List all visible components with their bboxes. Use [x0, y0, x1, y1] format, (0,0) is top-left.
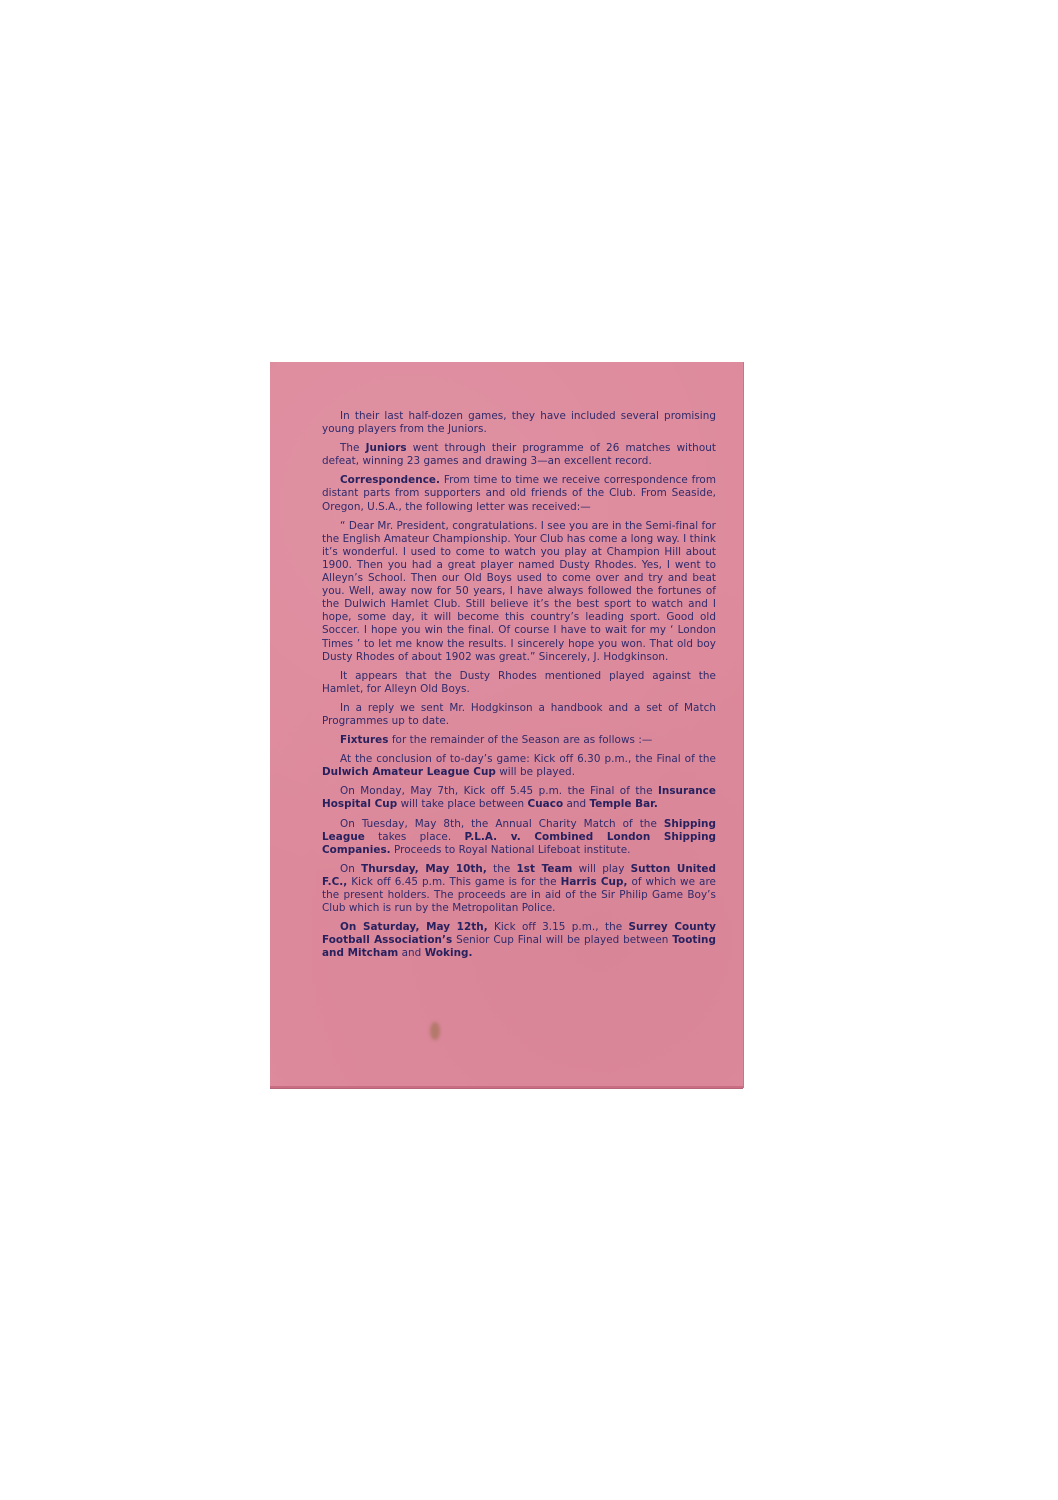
paragraph-reply: In a reply we sent Mr. Hodgkinson a hand… [322, 702, 716, 728]
bold-text: Harris Cup, [561, 876, 628, 888]
body-text: the [487, 863, 517, 875]
body-text: for the remainder of the Season are as f… [388, 734, 652, 746]
body-text: and [563, 798, 589, 810]
body-text: will be played. [496, 766, 575, 778]
body-text: Proceeds to Royal National Lifeboat inst… [391, 844, 631, 856]
body-text: In their last half-dozen games, they hav… [322, 410, 716, 435]
body-text: “ Dear Mr. President, congratulations. I… [322, 520, 716, 663]
bold-text: Juniors [366, 442, 407, 454]
paragraph-correspondence: Correspondence. From time to time we rec… [322, 474, 716, 513]
paragraph-fixture-may-10: On Thursday, May 10th, the 1st Team will… [322, 863, 716, 915]
bold-text: Correspondence. [340, 474, 440, 486]
bold-text: Cuaco [528, 798, 564, 810]
paragraph-letter: “ Dear Mr. President, congratulations. I… [322, 520, 716, 664]
programme-text: In their last half-dozen games, they hav… [322, 410, 716, 966]
body-text: It appears that the Dusty Rhodes mention… [322, 670, 716, 695]
body-text: On Monday, May 7th, Kick off 5.45 p.m. t… [340, 785, 658, 797]
body-text: Senior Cup Final will be played between [452, 934, 672, 946]
body-text: On Tuesday, May 8th, the Annual Charity … [340, 818, 664, 830]
paragraph-juniors: The Juniors went through their programme… [322, 442, 716, 468]
body-text: Kick off 6.45 p.m. This game is for the [347, 876, 560, 888]
body-text: and [398, 947, 424, 959]
bold-text: Temple Bar. [590, 798, 658, 810]
bold-text: Dulwich Amateur League Cup [322, 766, 496, 778]
body-text: On [340, 863, 361, 875]
body-text: The [340, 442, 366, 454]
body-text: At the conclusion of to-day’s game: Kick… [340, 753, 716, 765]
paragraph-fixtures-heading: Fixtures for the remainder of the Season… [322, 734, 716, 747]
paper-stain [430, 1022, 440, 1040]
paragraph-first-team-note: In their last half-dozen games, they hav… [322, 410, 716, 436]
paragraph-dusty-rhodes: It appears that the Dusty Rhodes mention… [322, 670, 716, 696]
bold-text: Woking. [425, 947, 473, 959]
paragraph-fixture-may-12: On Saturday, May 12th, Kick off 3.15 p.m… [322, 921, 716, 960]
bold-text: Thursday, May 10th, [361, 863, 487, 875]
paragraph-fixture-may-8: On Tuesday, May 8th, the Annual Charity … [322, 818, 716, 857]
body-text: will take place between [397, 798, 527, 810]
bold-text: 1st Team [517, 863, 573, 875]
body-text: Kick off 3.15 p.m., the [488, 921, 629, 933]
bold-text: Fixtures [340, 734, 388, 746]
paragraph-fixture-may-7: On Monday, May 7th, Kick off 5.45 p.m. t… [322, 785, 716, 811]
paragraph-fixture-today: At the conclusion of to-day’s game: Kick… [322, 753, 716, 779]
body-text: takes place. [365, 831, 465, 843]
body-text: will play [572, 863, 630, 875]
body-text: In a reply we sent Mr. Hodgkinson a hand… [322, 702, 716, 727]
bold-text: On Saturday, May 12th, [340, 921, 488, 933]
